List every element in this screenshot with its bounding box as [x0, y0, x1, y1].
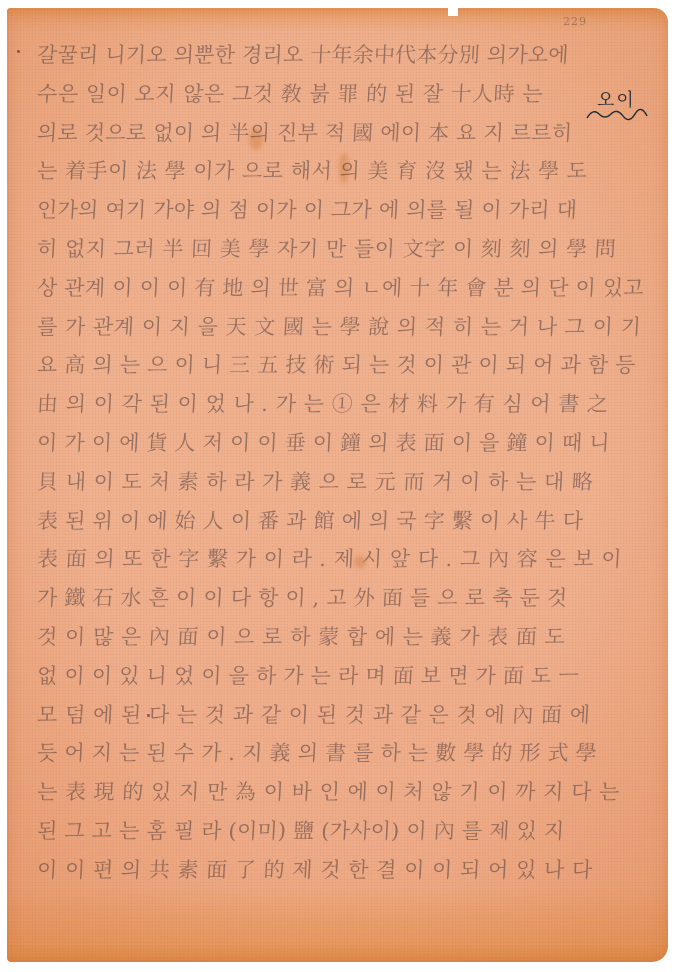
text-line: 의로 것으로 없이 의 半의 진부 적 國 에이 本 요 지 르르히 [36, 114, 658, 153]
paper-tear-notch [448, 8, 458, 16]
text-line: 는 着手이 法 學 이가 으로 해서 의 美 育 沒 됐 는 法 學 도 [36, 152, 658, 191]
text-line: 요 高 의 는 으 이 니 三 五 技 術 되 는 것 이 관 이 되 어 과 … [36, 346, 658, 385]
text-line: 상 관계 이 이 이 有 地 의 世 富 의 ㄴ에 十 年 會 분 의 단 이 … [36, 269, 658, 308]
manuscript-page: 229 오이 갈꿀리 니기오 의뿐한 경리오 十年余中代本分別 의가오에 수은 … [7, 8, 668, 962]
text-line: 수은 일이 오지 않은 그것 敎 붉 罪 的 된 잘 十人時 는 [36, 75, 658, 114]
text-line: 없 이 이 있 니 었 이 을 하 가 는 라 며 面 보 면 가 面 도 ㅡ [36, 657, 658, 696]
page-number: 229 [563, 15, 587, 28]
text-line: 이 이 편 의 共 素 面 了 的 제 것 한 결 이 이 되 어 있 나 다 [36, 851, 658, 890]
text-line: 갈꿀리 니기오 의뿐한 경리오 十年余中代本分別 의가오에 [36, 36, 658, 75]
text-line: 由 의 이 각 된 이 었 나 . 가 는 ① 은 材 料 가 有 심 어 書 … [36, 385, 658, 424]
text-line: 이 가 이 에 貨 人 저 이 이 垂 이 鐘 의 表 面 이 을 鐘 이 때 … [36, 424, 658, 463]
text-line: 表 面 의 또 한 字 繫 가 이 라 . 제 시 앞 다 . 그 內 容 은 … [36, 540, 658, 579]
text-line: 貝 내 이 도 처 素 하 라 가 義 으 로 元 而 거 이 하 는 대 略 [36, 463, 658, 502]
text-line: 인가의 여기 가야 의 점 이가 이 그가 에 의를 될 이 가리 대 [36, 191, 658, 230]
text-line: 된 그 고 는 홈 필 라 (이미) 鹽 (가사이) 이 內 를 제 있 지 [36, 812, 658, 851]
text-line: 를 가 관계 이 지 을 天 文 國 는 學 說 의 적 히 는 거 나 그 이… [36, 308, 658, 347]
text-line: 가 鐵 石 水 흔 이 이 다 항 이 , 고 外 面 들 으 로 축 둔 것 [36, 579, 658, 618]
text-line: 듯 어 지 는 된 수 가 . 지 義 의 書 를 하 는 數 學 的 形 式 … [36, 734, 658, 773]
handwritten-text-body: 갈꿀리 니기오 의뿐한 경리오 十年余中代本分別 의가오에 수은 일이 오지 않… [37, 36, 657, 890]
text-line: 히 없지 그러 半 回 美 學 자기 만 들이 文字 이 刻 刻 의 學 問 [36, 230, 658, 269]
ink-dot [17, 50, 20, 53]
text-line: 것 이 많 은 內 面 이 으 로 하 蒙 합 에 는 義 가 表 面 도 [36, 618, 658, 657]
text-line: 는 表 現 的 있 지 만 為 이 바 인 에 이 처 않 기 이 까 지 다 … [36, 773, 658, 812]
text-line: 表 된 위 이 에 始 人 이 番 과 館 에 의 국 字 繫 이 사 牛 다 [36, 502, 658, 541]
text-line: 모 덤 에 된 다 는 것 과 같 이 된 것 과 같 은 것 에 內 面 에 [36, 696, 658, 735]
